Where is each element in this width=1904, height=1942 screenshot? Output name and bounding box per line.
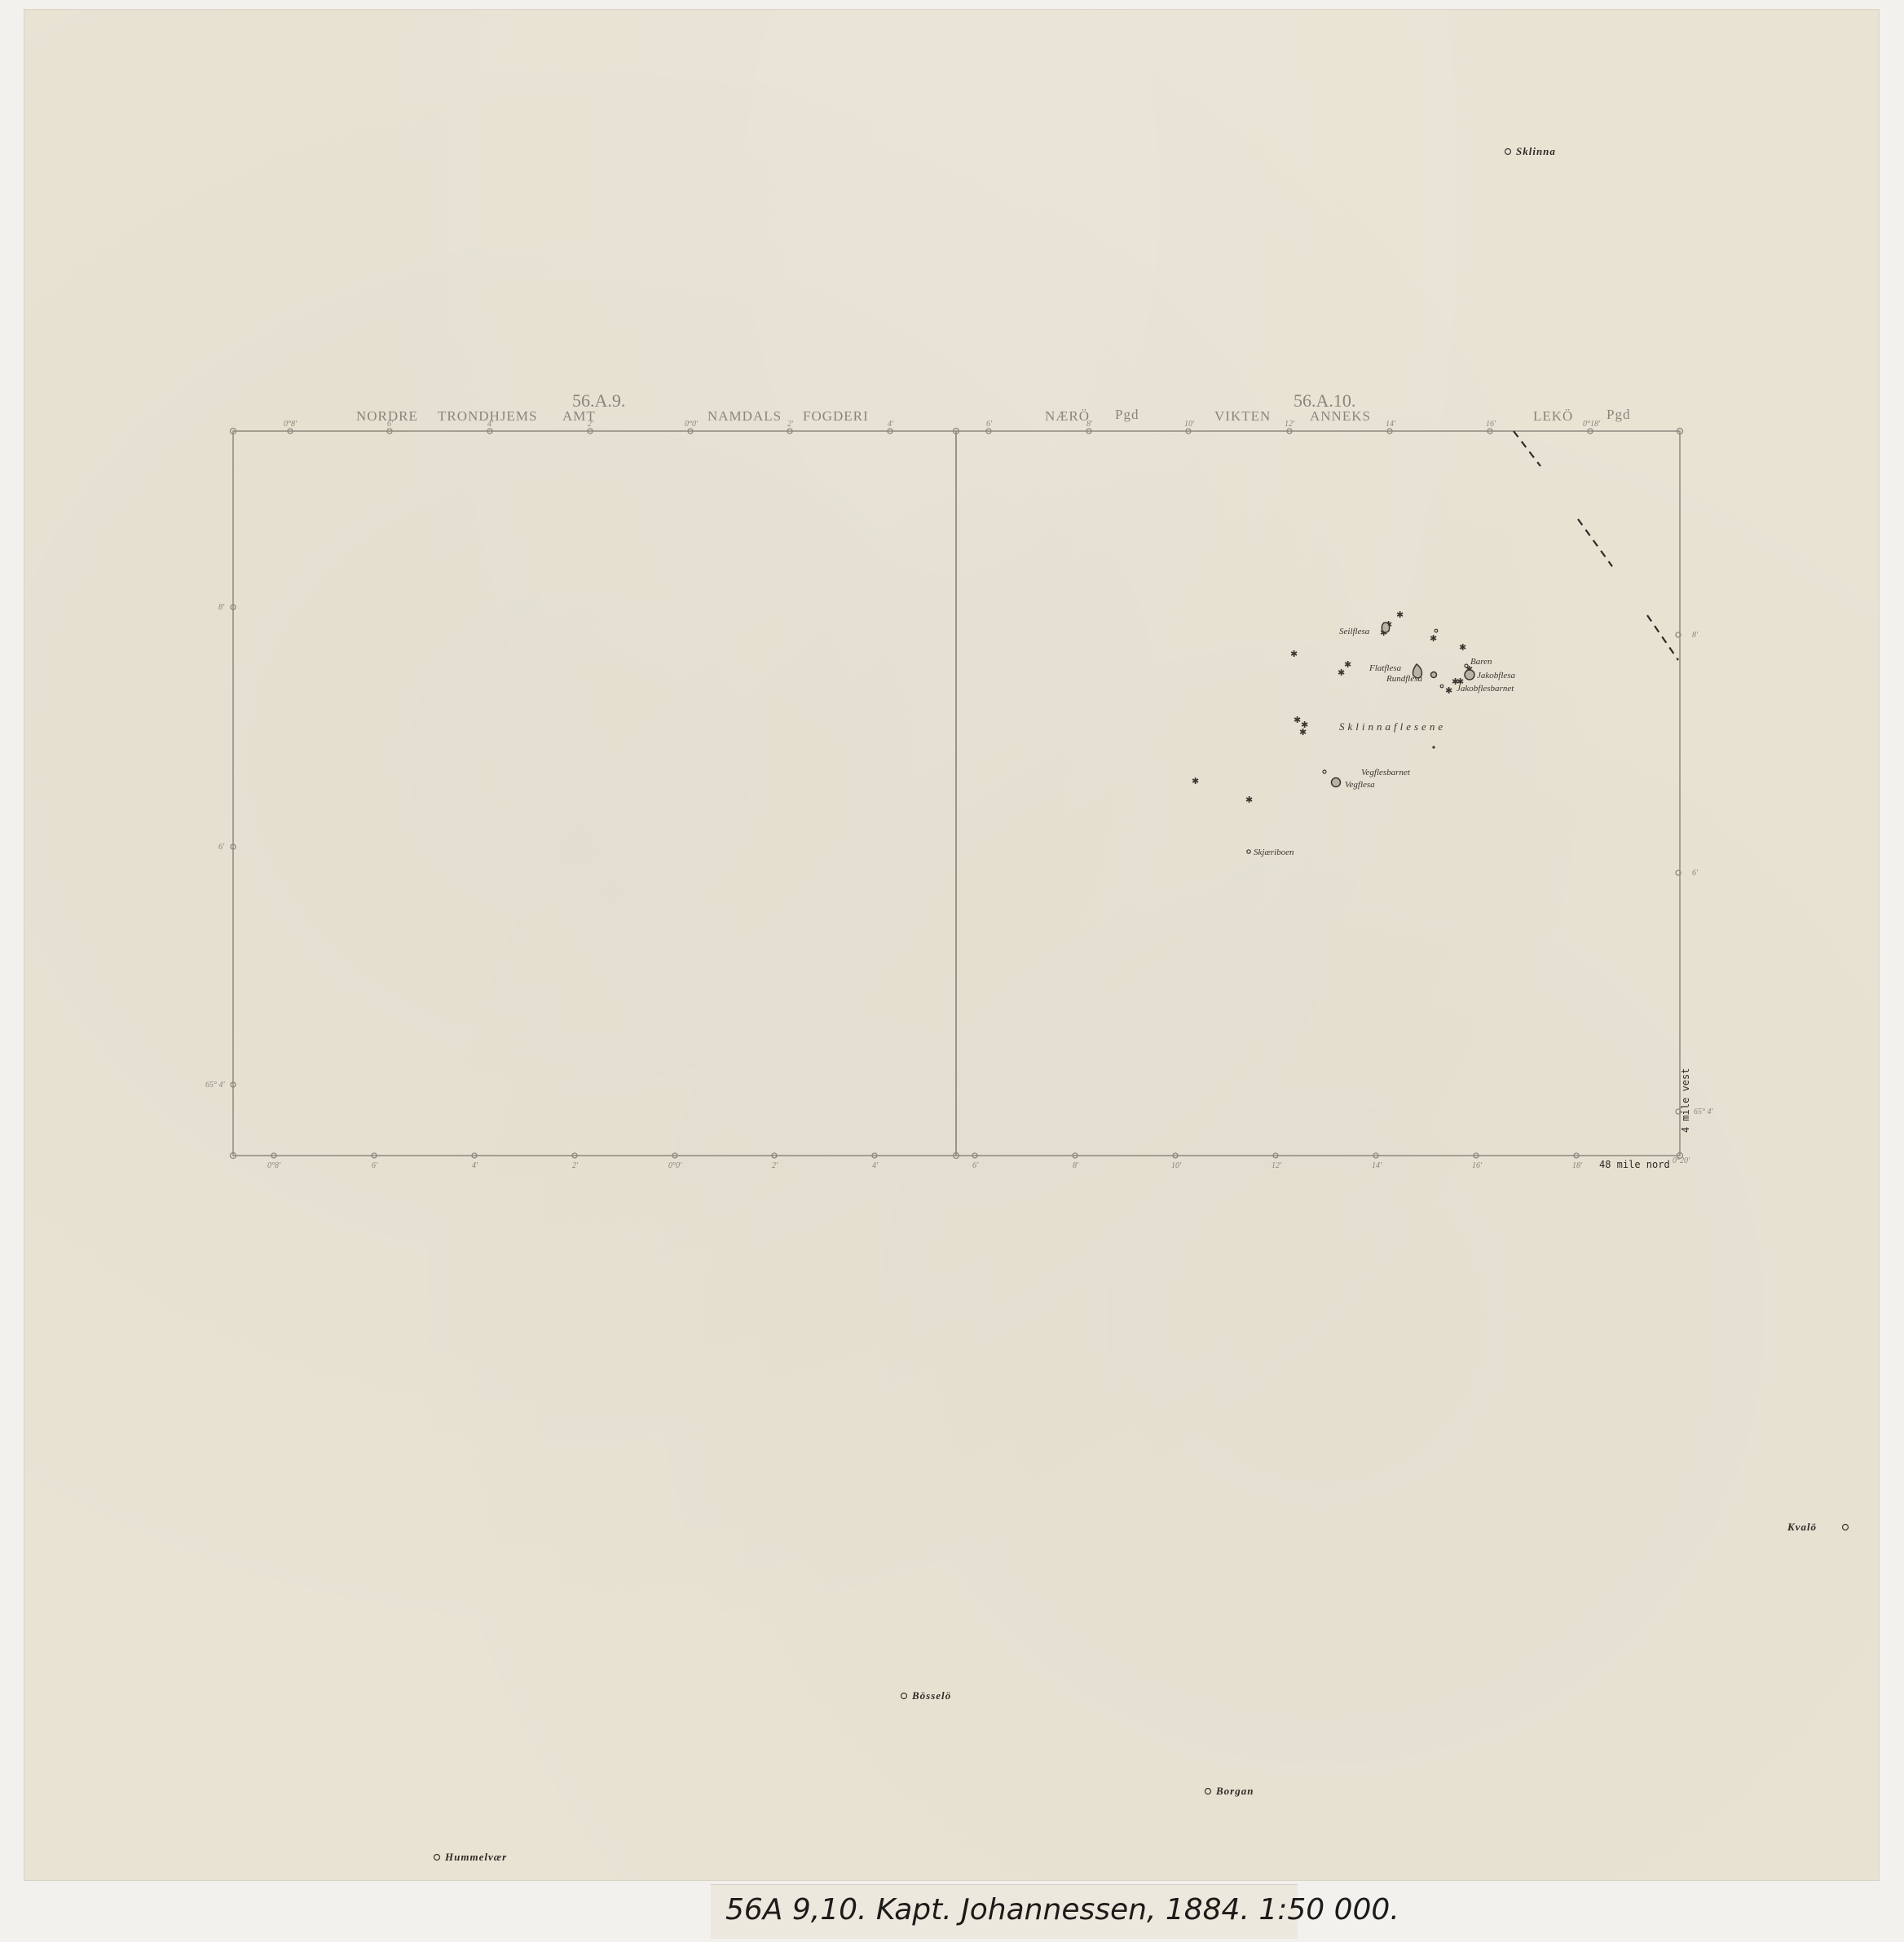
tick-label: 65° 4' xyxy=(1694,1108,1713,1116)
tick-label: 0°18' xyxy=(1583,420,1601,429)
map-canvas: 56.A.9. 56.A.10. NORDRE TRONDHJEMS AMT N… xyxy=(24,10,1879,1880)
header-label: Pgd xyxy=(1606,407,1630,422)
tick-label: 65° 4' xyxy=(205,1081,225,1090)
sounding-dot xyxy=(1432,746,1435,748)
svg-text:✱: ✱ xyxy=(1396,610,1404,620)
tick-label: 0°8' xyxy=(284,420,297,429)
svg-text:✱: ✱ xyxy=(1294,715,1301,725)
tick-label: 0°0' xyxy=(668,1161,682,1170)
tick-label: 8' xyxy=(1086,420,1093,429)
mile-note-west: 4 mile vest xyxy=(1680,1068,1691,1133)
tick-label: 6' xyxy=(218,843,225,852)
tick-label: 12' xyxy=(1285,420,1295,429)
tick-label: 12' xyxy=(1272,1161,1282,1170)
caption-text: 56A 9,10. Kapt. Johannessen, 1884. 1:50 … xyxy=(725,1893,1399,1927)
tick-label: 10' xyxy=(1171,1161,1182,1170)
island-label-vegflesa: Vegflesa xyxy=(1345,780,1375,790)
tick-label: 6' xyxy=(1692,869,1699,878)
tick-label: 18' xyxy=(1572,1161,1583,1170)
boundary-line xyxy=(1514,431,1678,660)
header-label: NÆRÖ xyxy=(1045,408,1090,424)
svg-text:✱: ✱ xyxy=(1459,642,1466,653)
place-label-sklinna: Sklinna xyxy=(1516,145,1556,157)
header-label: VIKTEN xyxy=(1214,408,1271,424)
tick-label: 8' xyxy=(218,603,225,612)
island-label-baren: Baren xyxy=(1470,657,1492,667)
map-frame xyxy=(233,431,1680,1156)
mile-note-north: 48 mile nord xyxy=(1599,1159,1670,1170)
tick-label: 16' xyxy=(1486,420,1496,429)
island-label-skjaeriboen: Skjæriboen xyxy=(1254,848,1294,857)
tick-label: 2' xyxy=(787,420,794,429)
tick-label: 4' xyxy=(888,420,894,429)
tick-label: 0°8' xyxy=(267,1161,281,1170)
tick-label: 6' xyxy=(387,420,394,429)
rock-markers: ✱✱✱ ✱✱ ✱✱✱ ✱✱✱✱ ✱✱✱ ✱✱ xyxy=(1192,610,1473,805)
tick-label: 6' xyxy=(986,420,993,429)
svg-text:✱: ✱ xyxy=(1344,659,1351,670)
header-label: NAMDALS xyxy=(707,408,782,424)
map-sheet: 56.A.9. 56.A.10. NORDRE TRONDHJEMS AMT N… xyxy=(24,10,1879,1880)
svg-text:✱: ✱ xyxy=(1430,633,1437,644)
tick-label: 6' xyxy=(372,1161,378,1170)
header-label: ANNEKS xyxy=(1310,408,1371,424)
header-label: Pgd xyxy=(1115,407,1139,422)
place-label-borgan: Borgan xyxy=(1215,1785,1254,1797)
tick-label: 2' xyxy=(772,1161,778,1170)
caption-label: 56A 9,10. Kapt. Johannessen, 1884. 1:50 … xyxy=(711,1884,1298,1939)
header-label: FOGDERI xyxy=(803,408,869,424)
svg-text:✱: ✱ xyxy=(1245,795,1253,805)
tick-label: 2' xyxy=(572,1161,579,1170)
place-label-hummelvaer: Hummelvær xyxy=(444,1851,507,1863)
tick-label: 4' xyxy=(487,420,494,429)
tick-label: 14' xyxy=(1372,1161,1382,1170)
place-label-bosselo: Bösselö xyxy=(911,1689,951,1702)
tick-label: 8' xyxy=(1073,1161,1079,1170)
island-label-rundflesa: Rundflesa xyxy=(1386,674,1422,684)
svg-text:✱: ✱ xyxy=(1299,727,1307,738)
svg-text:✱: ✱ xyxy=(1192,776,1199,786)
tick-label: 8' xyxy=(1692,631,1699,640)
tick-label: 0°20' xyxy=(1673,1156,1690,1165)
island-label-flatflesa: Flatflesa xyxy=(1368,663,1402,673)
island-label-jakobflesbarnet: Jakobflesbarnet xyxy=(1457,684,1514,694)
island-group-label: Sklinnaflesene xyxy=(1339,720,1446,733)
tick-label: 4' xyxy=(872,1161,879,1170)
tick-label: 14' xyxy=(1386,420,1396,429)
tick-label: 10' xyxy=(1184,420,1195,429)
tick-label: 0°0' xyxy=(685,420,699,429)
place-label-kvalo: Kvalö xyxy=(1787,1521,1817,1533)
tick-label: 6' xyxy=(972,1161,979,1170)
island-label-jakobflesa: Jakobflesa xyxy=(1477,671,1516,680)
tick-label: 16' xyxy=(1472,1161,1483,1170)
svg-text:✱: ✱ xyxy=(1290,649,1298,659)
island-shapes xyxy=(1332,623,1475,787)
island-label-vegflesbarnet: Vegflesbarnet xyxy=(1361,768,1411,777)
small-rocks xyxy=(434,149,1849,1861)
tick-label: 2' xyxy=(588,420,594,429)
island-label-seilflesa: Seilflesa xyxy=(1339,627,1370,636)
tick-label: 4' xyxy=(472,1161,478,1170)
svg-text:✱: ✱ xyxy=(1338,667,1345,678)
header-label: LEKÖ xyxy=(1533,408,1573,424)
